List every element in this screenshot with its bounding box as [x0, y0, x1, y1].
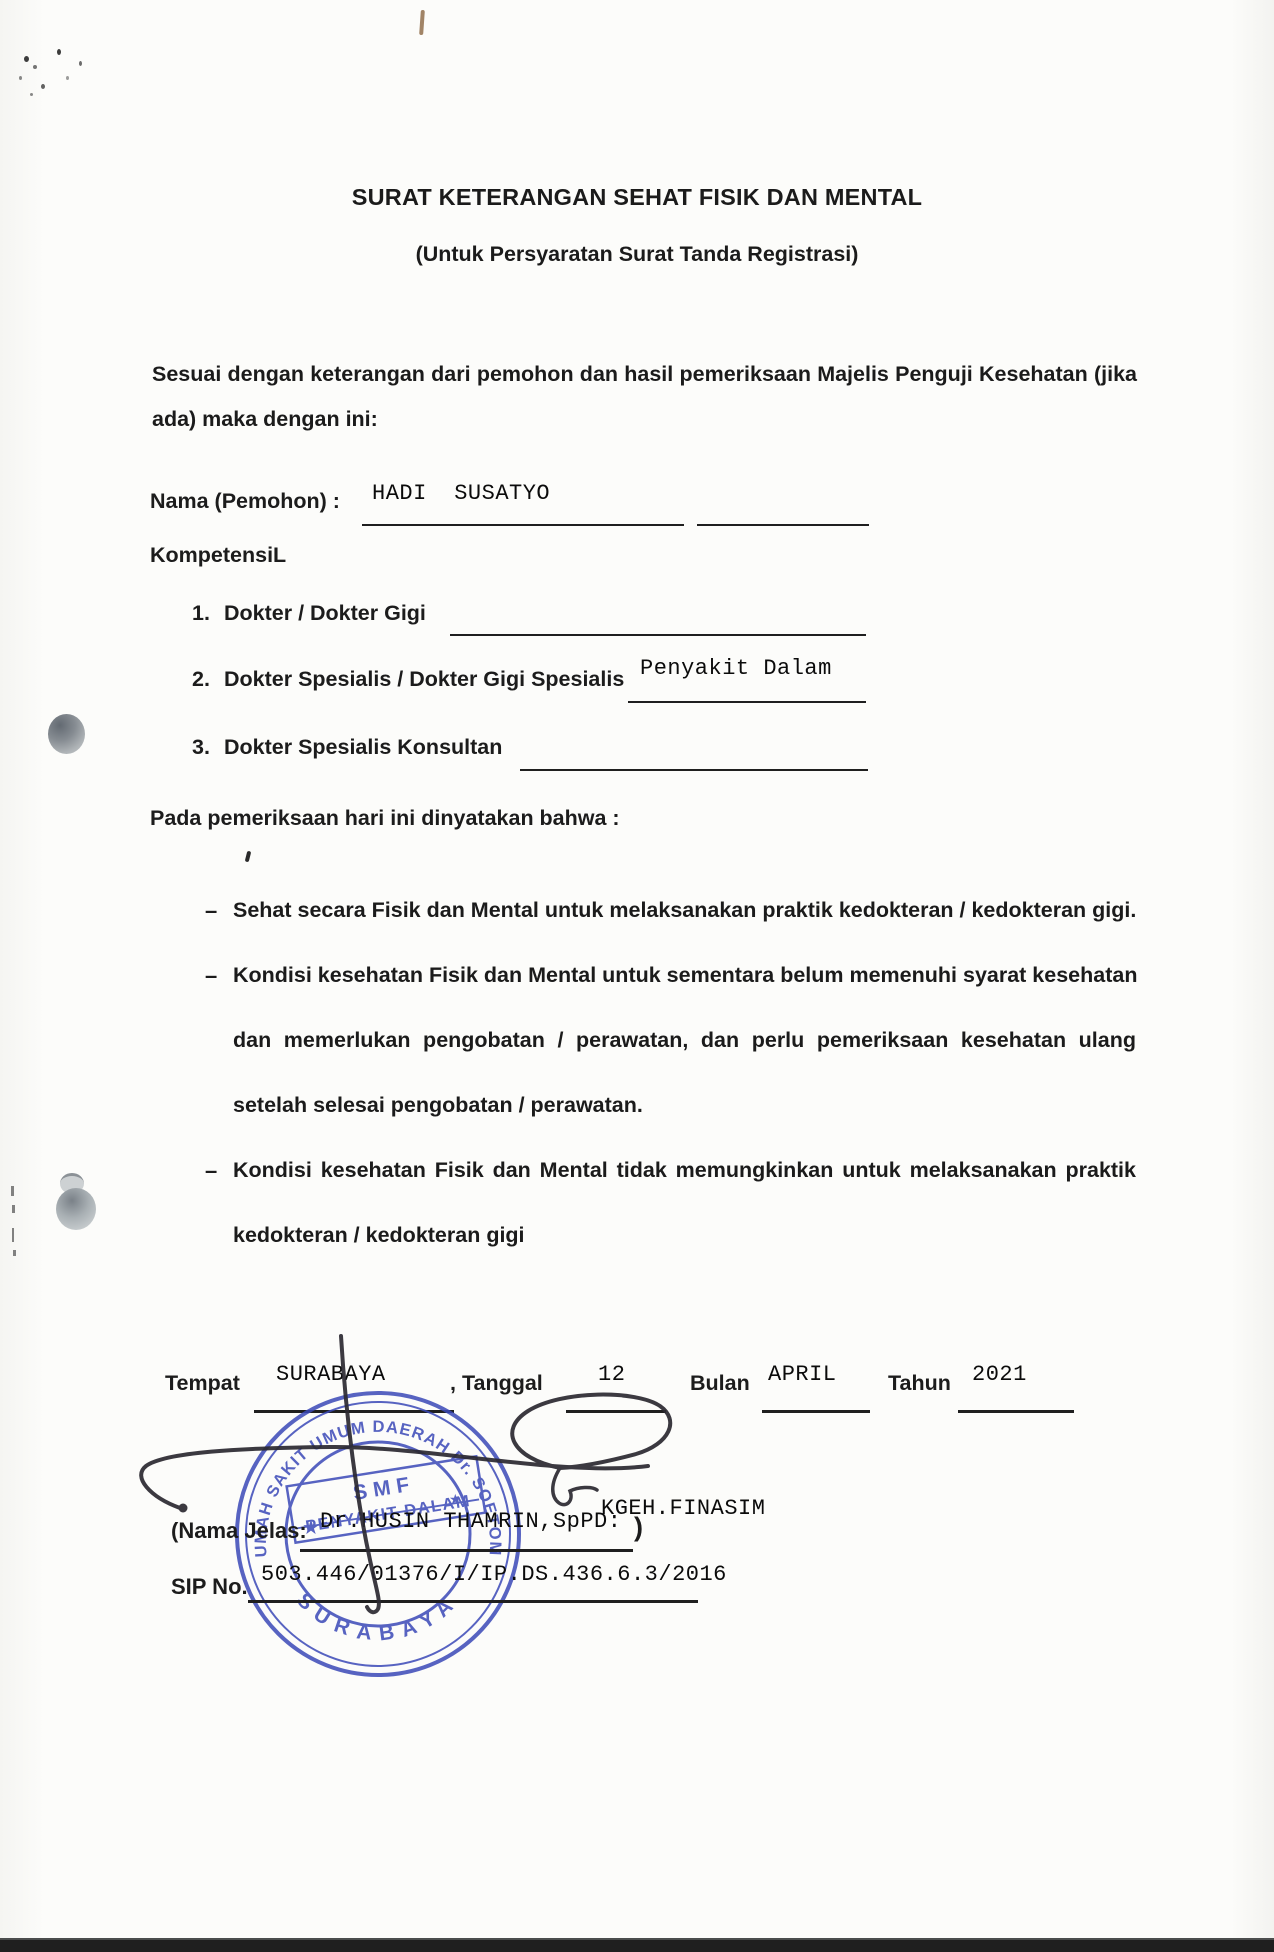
document-title: SURAT KETERANGAN SEHAT FISIK DAN MENTAL [0, 184, 1274, 211]
name-value: HADI SUSATYO [372, 481, 550, 506]
tanggal-underline [566, 1410, 666, 1413]
examination-heading: Pada pemeriksaan hari ini dinyatakan bah… [150, 806, 620, 831]
list-number-2: 2. [192, 667, 210, 692]
name-underline-2 [697, 524, 869, 526]
bullet-2-line-3: setelah selesai pengobatan / perawatan. [233, 1073, 1136, 1138]
nama-jelas-label: (Nama Jelas: [171, 1518, 307, 1544]
sip-value: 503.446/01376/I/IP.DS.436.6.3/2016 [261, 1562, 727, 1587]
tahun-label: Tahun [888, 1371, 951, 1396]
scan-hole-artifact [56, 1188, 96, 1230]
sip-label: SIP No. [171, 1574, 248, 1600]
intro-paragraph: Sesuai dengan keterangan dari pemohon da… [152, 352, 1137, 442]
scan-speck [57, 49, 61, 55]
bullet-item-3: – Kondisi kesehatan Fisik dan Mental tid… [203, 1138, 1136, 1268]
competency-label: KompetensiL [150, 543, 286, 568]
star-icon: ★ [449, 1491, 462, 1507]
list-number-3: 3. [192, 735, 210, 760]
bulan-label: Bulan [690, 1371, 750, 1396]
scan-hole-artifact [48, 714, 85, 754]
scan-speck [24, 56, 29, 62]
nama-jelas-value: Dr.HUSIN THAMRIN,SpPD: [320, 1509, 621, 1534]
bullet-3-line-2: kedokteran / kedokteran gigi [233, 1203, 1136, 1268]
stamp-center-line1: SMF [352, 1472, 417, 1504]
scan-bottom-edge [0, 1938, 1274, 1952]
list-item-1-blank [450, 634, 866, 636]
sip-underline [248, 1600, 698, 1603]
list-item-3-label: Dokter Spesialis Konsultan [224, 735, 502, 760]
examination-bullets: – Sehat secara Fisik dan Mental untuk me… [203, 878, 1136, 1268]
scan-edge-mark [12, 1228, 14, 1242]
stamp-bottom-arc-text: SURABAYA [292, 1589, 464, 1646]
dash-bullet-icon: – [205, 1138, 217, 1203]
intro-line-2: ada) maka dengan ini: [152, 397, 1137, 442]
bullet-item-1: – Sehat secara Fisik dan Mental untuk me… [203, 878, 1136, 943]
scan-speck [30, 93, 33, 96]
bullet-2-line-2: dan memerlukan pengobatan / perawatan, d… [233, 1008, 1136, 1073]
name-label: Nama (Pemohon) : [150, 489, 340, 514]
tanggal-value: 12 [598, 1362, 625, 1387]
closing-paren: ) [634, 1512, 643, 1543]
scan-edge-mark [11, 1186, 14, 1196]
list-item-2-value: Penyakit Dalam [640, 656, 832, 681]
scan-speck [33, 65, 37, 69]
scan-edge-mark [12, 1205, 15, 1213]
scanned-document-page: SURAT KETERANGAN SEHAT FISIK DAN MENTAL … [0, 0, 1274, 1952]
bulan-value: APRIL [768, 1362, 837, 1387]
list-item-2-blank [628, 701, 866, 703]
scan-ink-tick [245, 851, 252, 863]
dash-bullet-icon: – [205, 943, 217, 1008]
name-underline [362, 524, 684, 526]
bullet-1-line-1: Sehat secara Fisik dan Mental untuk mela… [233, 878, 1136, 943]
tahun-underline [958, 1410, 1074, 1413]
document-subtitle: (Untuk Persyaratan Surat Tanda Registras… [0, 242, 1274, 267]
list-item-3-blank [520, 769, 868, 771]
list-item-1-label: Dokter / Dokter Gigi [224, 601, 426, 626]
bulan-underline [762, 1410, 870, 1413]
bullet-item-2: – Kondisi kesehatan Fisik dan Mental unt… [203, 943, 1136, 1138]
scan-speck [79, 61, 82, 66]
nama-jelas-underline [300, 1549, 633, 1552]
bullet-3-line-1: Kondisi kesehatan Fisik dan Mental tidak… [233, 1138, 1136, 1203]
scan-edge-mark [13, 1250, 16, 1256]
tahun-value: 2021 [972, 1362, 1027, 1387]
scan-speck [19, 76, 22, 80]
nama-jelas-suffix: KGEH.FINASIM [601, 1496, 765, 1521]
dash-bullet-icon: – [205, 878, 217, 943]
bullet-2-line-1: Kondisi kesehatan Fisik dan Mental untuk… [233, 943, 1136, 1008]
list-item-2-label: Dokter Spesialis / Dokter Gigi Spesialis [224, 667, 624, 692]
scan-speck [66, 76, 69, 80]
scan-speck [41, 84, 45, 89]
list-number-1: 1. [192, 601, 210, 626]
intro-line-1: Sesuai dengan keterangan dari pemohon da… [152, 352, 1137, 397]
scan-artifact-mark [419, 10, 425, 35]
